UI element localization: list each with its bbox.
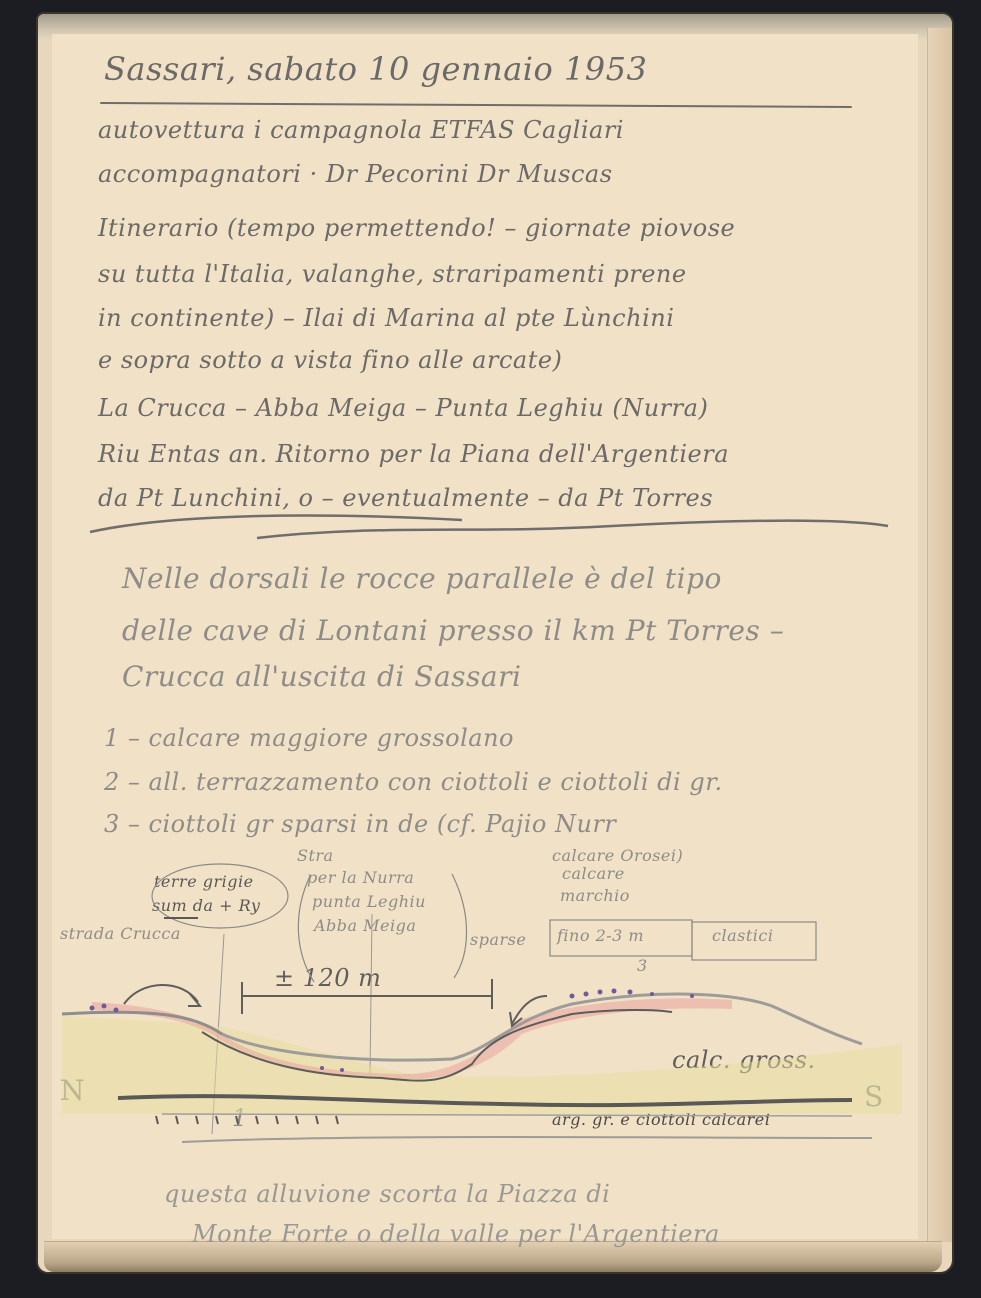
footer-note-line: questa alluvione scorta la Piazza di xyxy=(164,1180,610,1208)
page-edge-right xyxy=(927,28,952,1242)
notebook: Sassari, sabato 10 gennaio 1953 autovett… xyxy=(38,14,952,1272)
footer-note-line: Monte Forte o della valle per l'Argentie… xyxy=(192,1220,720,1248)
cross-section-sketch xyxy=(52,34,918,1239)
notebook-page: Sassari, sabato 10 gennaio 1953 autovett… xyxy=(52,34,918,1239)
